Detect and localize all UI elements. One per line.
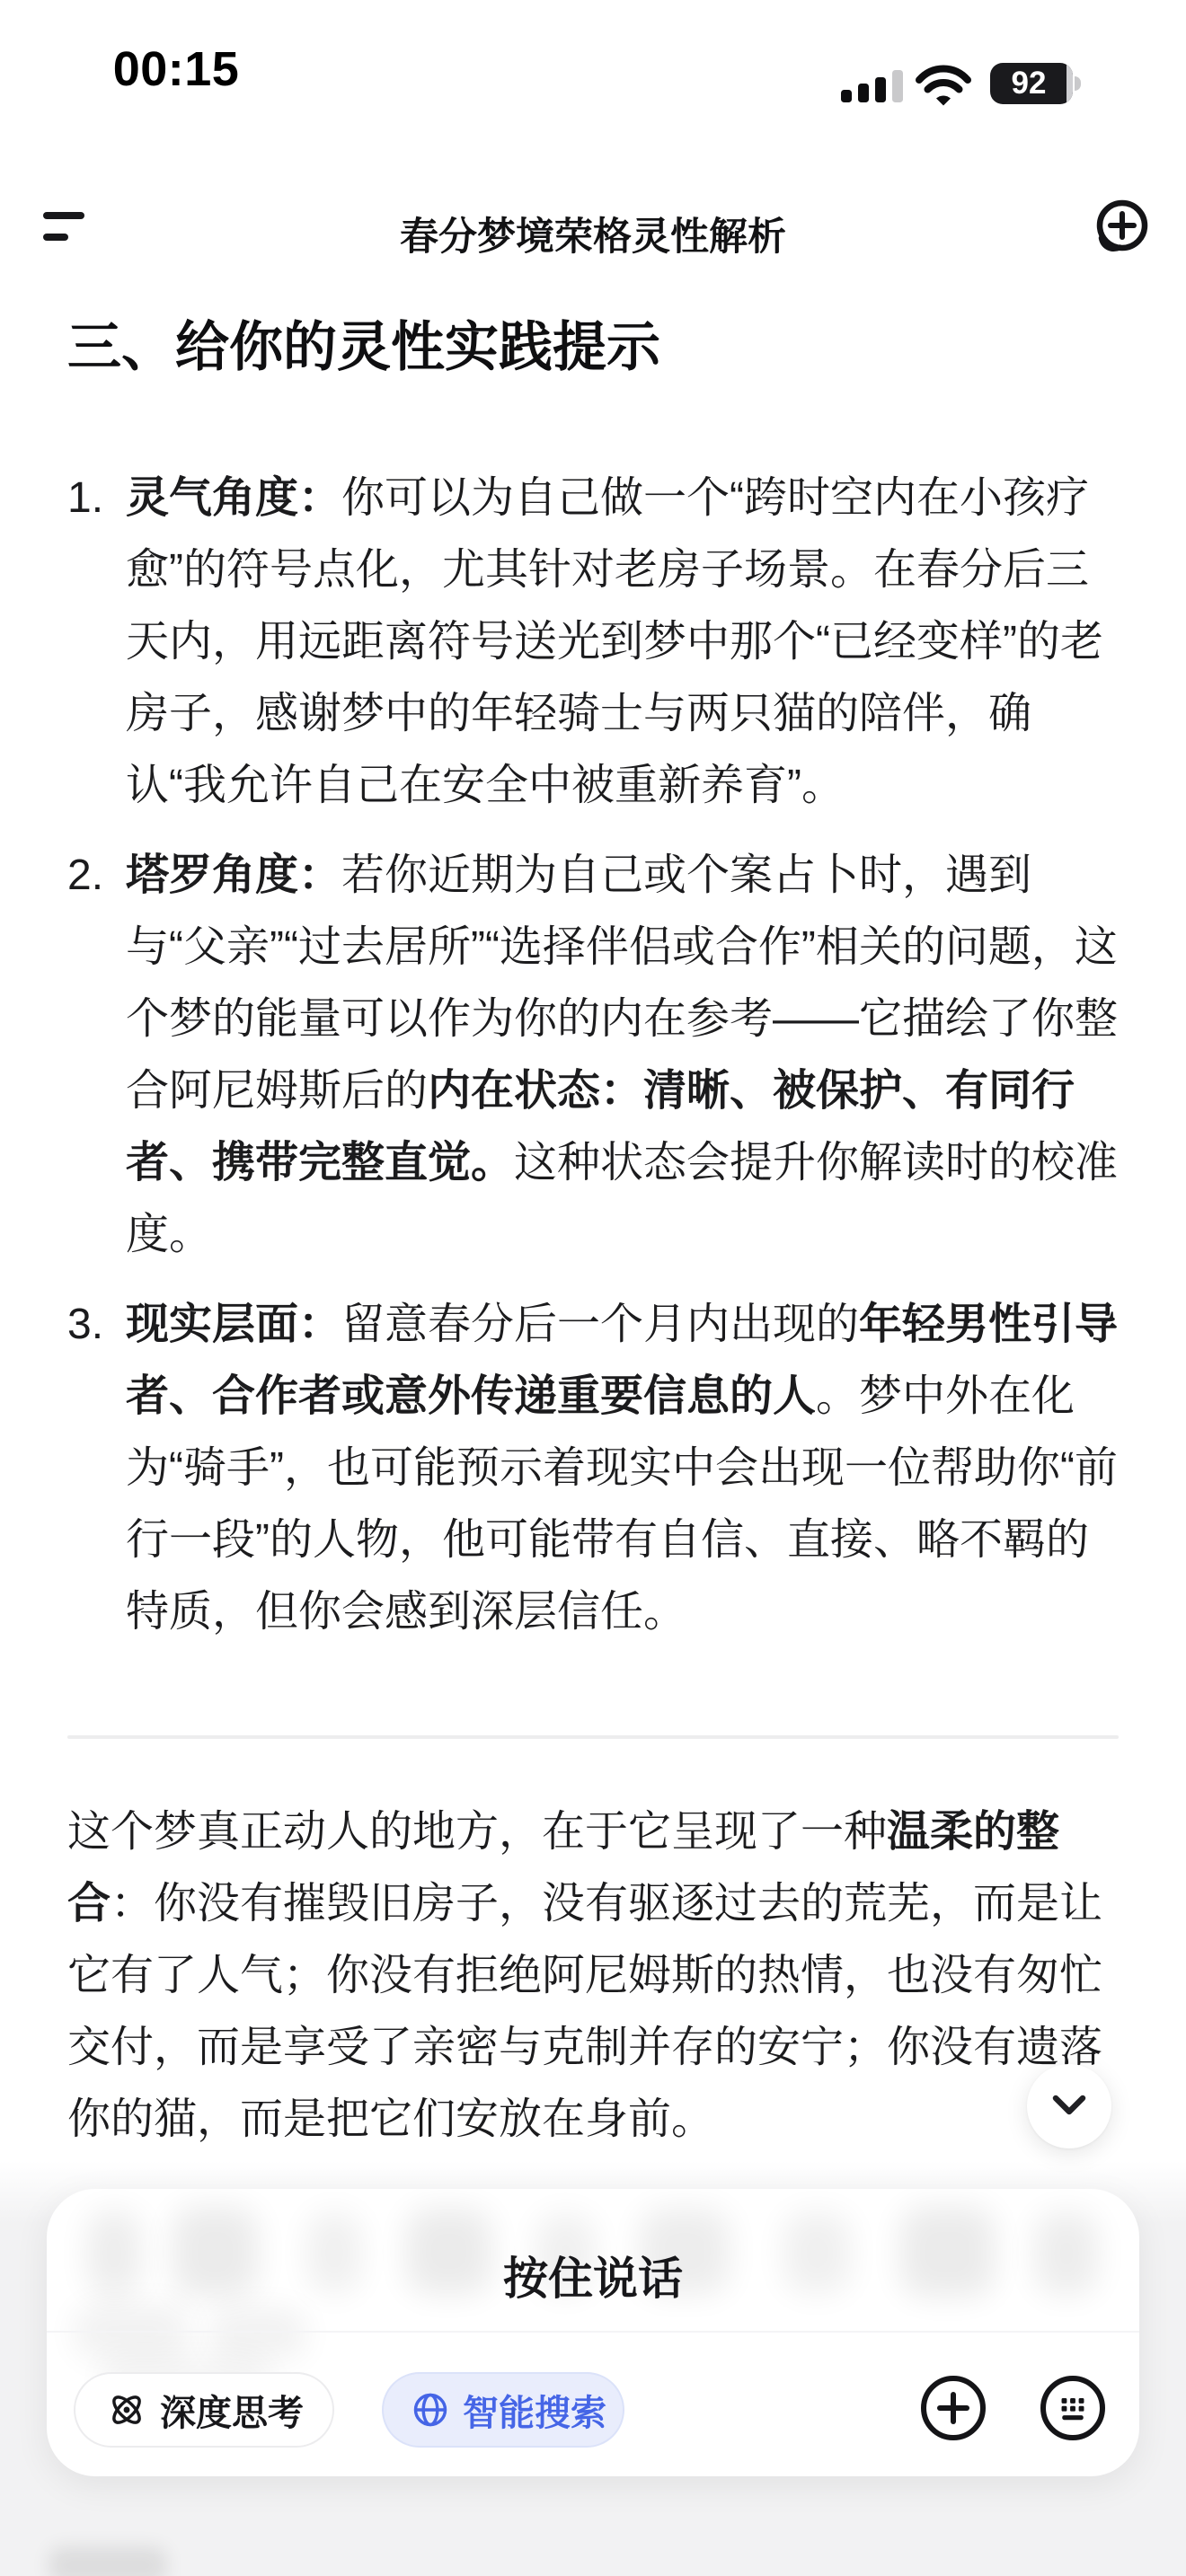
- battery-icon: 92: [990, 63, 1080, 104]
- new-chat-icon[interactable]: [1093, 198, 1152, 259]
- practice-tips-list: 1. 灵气角度：你可以为自己做一个“跨时空内在小孩疗愈”的符号点化，尤其针对老房…: [67, 463, 1119, 1648]
- add-attachment-button[interactable]: [921, 2376, 986, 2440]
- ghost-blur: [49, 2547, 166, 2576]
- scroll-to-bottom-button[interactable]: [1027, 2064, 1111, 2148]
- list-item-number: 2.: [67, 840, 103, 912]
- list-item: 1. 灵气角度：你可以为自己做一个“跨时空内在小孩疗愈”的符号点化，尤其针对老房…: [67, 463, 1119, 822]
- assistant-message: 三、给你的灵性实践提示 1. 灵气角度：你可以为自己做一个“跨时空内在小孩疗愈”…: [67, 309, 1119, 2199]
- wifi-icon: [915, 65, 972, 112]
- closing-paragraph: 这个梦真正动人的地方，在于它呈现了一种温柔的整合：你没有摧毁旧房子，没有驱逐过去…: [67, 1796, 1119, 2156]
- section-heading: 三、给你的灵性实践提示: [67, 309, 1119, 386]
- chevron-down-icon: [1049, 2094, 1090, 2119]
- list-item: 3. 现实层面：留意春分后一个月内出现的年轻男性引导者、合作者或意外传递重要信息…: [67, 1289, 1119, 1648]
- list-item-text: 现实层面：留意春分后一个月内出现的年轻男性引导者、合作者或意外传递重要信息的人。…: [126, 1301, 1118, 1636]
- hold-to-talk-label[interactable]: 按住说话: [47, 2243, 1139, 2307]
- cellular-signal-icon: [841, 70, 903, 102]
- card-divider: [47, 2331, 1139, 2333]
- atom-icon: [106, 2389, 147, 2430]
- status-time: 00:15: [86, 41, 266, 97]
- sidebar-menu-icon[interactable]: [43, 212, 86, 248]
- list-item-number: 1.: [67, 463, 103, 534]
- smart-search-label: 智能搜索: [463, 2385, 606, 2436]
- chat-title: 春分梦境荣格灵性解析: [144, 207, 1042, 261]
- smart-search-button[interactable]: 智能搜索: [382, 2372, 624, 2448]
- globe-icon: [411, 2390, 450, 2430]
- voice-input-card[interactable]: 按住说话 深度思考 智能搜索: [47, 2189, 1139, 2476]
- battery-percent: 92: [1012, 66, 1052, 101]
- section-divider: [67, 1735, 1119, 1739]
- deep-think-label: 深度思考: [160, 2385, 304, 2436]
- input-toolbar: 深度思考 智能搜索: [74, 2372, 1112, 2448]
- deep-think-button[interactable]: 深度思考: [74, 2372, 334, 2448]
- list-item: 2. 塔罗角度：若你近期为自己或个案占卜时，遇到与“父亲”“过去居所”“选择伴侣…: [67, 840, 1119, 1271]
- plus-icon: [936, 2391, 970, 2425]
- keyboard-toggle-button[interactable]: [1040, 2376, 1105, 2440]
- list-item-text: 塔罗角度：若你近期为自己或个案占卜时，遇到与“父亲”“过去居所”“选择伴侣或合作…: [126, 851, 1118, 1258]
- keyboard-icon: [1053, 2388, 1093, 2428]
- list-item-text: 灵气角度：你可以为自己做一个“跨时空内在小孩疗愈”的符号点化，尤其针对老房子场景…: [126, 474, 1103, 809]
- list-item-number: 3.: [67, 1289, 103, 1361]
